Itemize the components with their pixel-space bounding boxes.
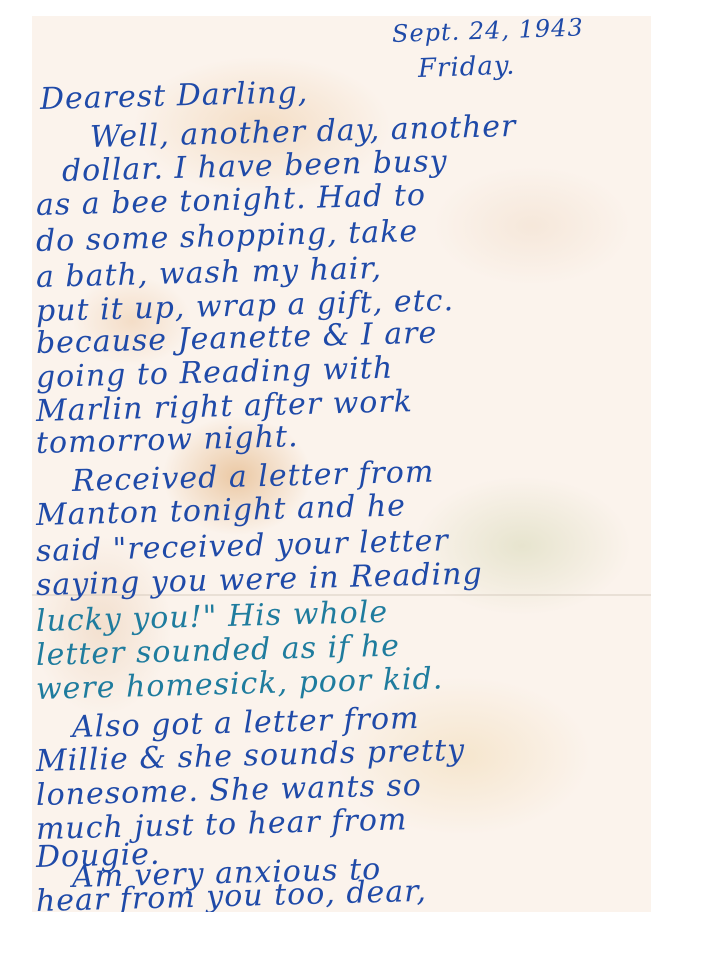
letter-line: tomorrow night. — [36, 419, 299, 462]
letter-page: Sept. 24, 1943 Friday. Dearest Darling, … — [0, 0, 720, 960]
letter-salutation: Dearest Darling, — [40, 75, 309, 118]
letter-paper: Sept. 24, 1943 Friday. Dearest Darling, … — [32, 16, 651, 912]
paper-stain — [432, 166, 632, 286]
letter-day: Friday. — [417, 51, 515, 84]
letter-date: Sept. 24, 1943 — [392, 16, 585, 48]
